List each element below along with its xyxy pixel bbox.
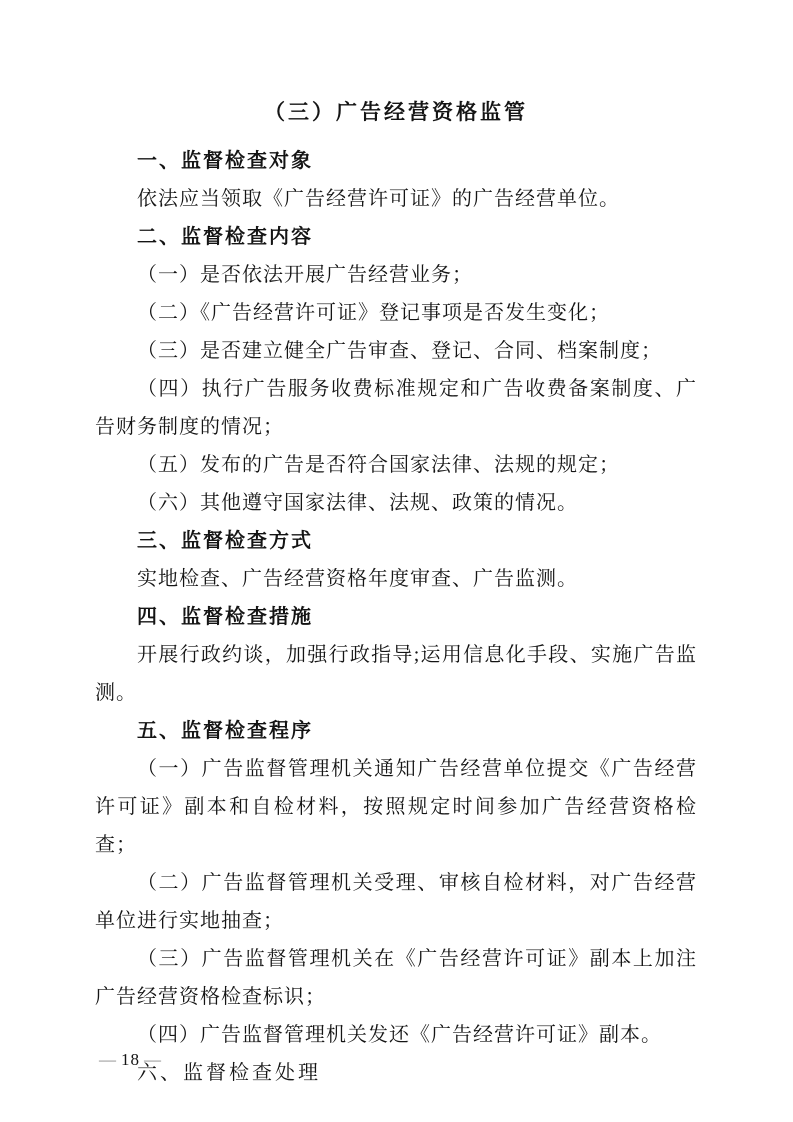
section-heading: 一、监督检查对象: [95, 142, 697, 180]
paragraph: （五）发布的广告是否符合国家法律、法规的规定；: [95, 446, 697, 484]
paragraph: （一）广告监督管理机关通知广告经营单位提交《广告经营许可证》副本和自检材料，按照…: [95, 750, 697, 864]
section-heading: 五、监督检查程序: [95, 712, 697, 750]
paragraph: （六）其他遵守国家法律、法规、政策的情况。: [95, 484, 697, 522]
footer-left-dash: —: [95, 1050, 121, 1069]
paragraph: 开展行政约谈，加强行政指导;运用信息化手段、实施广告监测。: [95, 636, 697, 712]
section-heading: 二、监督检查内容: [95, 218, 697, 256]
paragraph: （三）广告监督管理机关在《广告经营许可证》副本上加注广告经营资格检查标识；: [95, 940, 697, 1016]
footer-right-dash: —: [140, 1050, 166, 1069]
section-heading: 六、监督检查处理: [95, 1054, 697, 1092]
document-body: （三）广告经营资格监管 一、监督检查对象依法应当领取《广告经营许可证》的广告经营…: [95, 92, 697, 1092]
paragraph: 依法应当领取《广告经营许可证》的广告经营单位。: [95, 180, 697, 218]
paragraph: （一）是否依法开展广告经营业务；: [95, 256, 697, 294]
paragraph: （四）执行广告服务收费标准规定和广告收费备案制度、广告财务制度的情况；: [95, 370, 697, 446]
document-title: （三）广告经营资格监管: [95, 92, 697, 132]
sections-container: 一、监督检查对象依法应当领取《广告经营许可证》的广告经营单位。二、监督检查内容（…: [95, 142, 697, 1092]
document-page: （三）广告经营资格监管 一、监督检查对象依法应当领取《广告经营许可证》的广告经营…: [0, 0, 793, 1122]
paragraph: （二）广告监督管理机关受理、审核自检材料，对广告经营单位进行实地抽查；: [95, 864, 697, 940]
paragraph: 实地检查、广告经营资格年度审查、广告监测。: [95, 560, 697, 598]
section-heading: 三、监督检查方式: [95, 522, 697, 560]
page-number: 18: [121, 1050, 140, 1069]
paragraph: （四）广告监督管理机关发还《广告经营许可证》副本。: [95, 1016, 697, 1054]
section-heading: 四、监督检查措施: [95, 598, 697, 636]
paragraph: （三）是否建立健全广告审查、登记、合同、档案制度；: [95, 332, 697, 370]
paragraph: （二）《广告经营许可证》登记事项是否发生变化；: [95, 294, 697, 332]
page-footer: —18—: [95, 1050, 166, 1070]
